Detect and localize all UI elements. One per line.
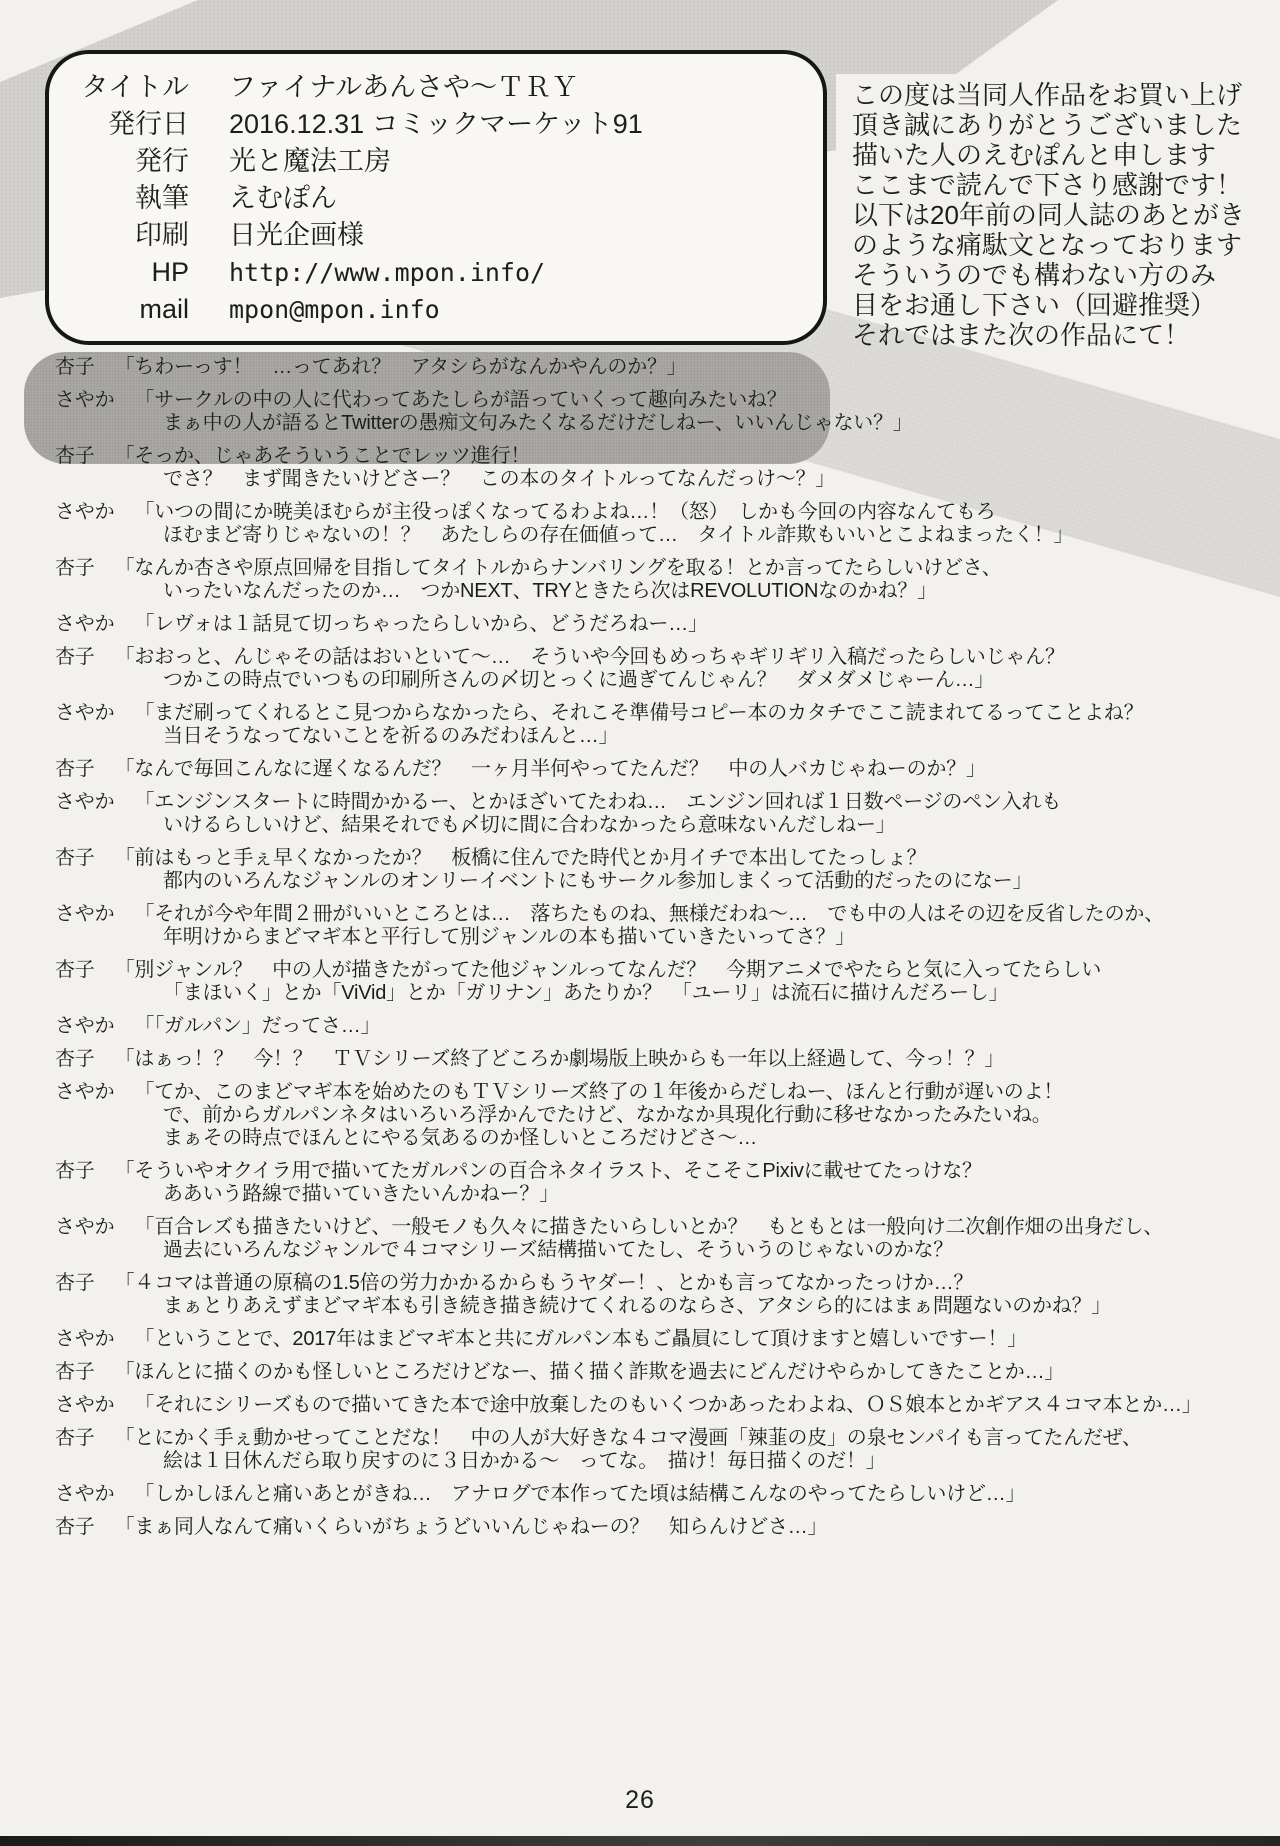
dialogue-line: 当日そうなってないことを祈るのみだわほんと…」 xyxy=(55,725,1280,748)
dialogue-line: さやか「まだ刷ってくれるとこ見つからなかったら、それこそ準備号コピー本のカタチで… xyxy=(55,702,1280,725)
dialogue-line: 杏子「別ジャンル？ 中の人が描きたがってた他ジャンルってなんだ？ 今期アニメでや… xyxy=(55,959,1280,982)
speaker-label: 杏子 xyxy=(55,1427,95,1450)
dialogue-entry: 杏子「まぁ同人なんて痛いくらいがちょうどいいんじゃねーの？ 知らんけどさ…」 xyxy=(55,1516,1280,1539)
afterword-note-line: この度は当同人作品をお買い上げ xyxy=(852,80,1272,110)
dialogue-line: さやか「それにシリーズもので描いてきた本で途中放棄したのもいくつかあったわよね、… xyxy=(55,1394,1280,1417)
colophon-label: 印刷 xyxy=(49,217,189,254)
dialogue-entry: 杏子「ほんとに描くのかも怪しいところだけどなー、描く描く詐欺を過去にどんだけやら… xyxy=(55,1361,1280,1384)
dialogue-line: 杏子「そういやオクイラ用で描いてたガルパンの百合ネタイラスト、そこそこPixiv… xyxy=(55,1160,1280,1183)
dialogue-entry: さやか「いつの間にか暁美ほむらが主役っぽくなってるわよね…！（怒） しかも今回の… xyxy=(55,501,1280,547)
colophon-label: mail xyxy=(49,291,189,328)
dialogue-entry: さやか「サークルの中の人に代わってあたしらが語っていくって趣向みたいね？まぁ中の… xyxy=(55,389,1280,435)
dialogue-line: さやか「レヴォは１話見て切っちゃったらしいから、どうだろねー…」 xyxy=(55,613,1280,636)
dialogue-line: 都内のいろんなジャンルのオンリーイベントにもサークル参加しまくって活動的だったの… xyxy=(55,870,1280,893)
colophon-label: 発行日 xyxy=(49,106,189,143)
colophon-value: ファイナルあんさや～ＴＲＹ xyxy=(229,69,578,106)
dialogue-line: で、前からガルパンネタはいろいろ浮かんでたけど、なかなか具現化行動に移せなかった… xyxy=(55,1104,1280,1127)
dialogue-text: 「そういやオクイラ用で描いてたガルパンの百合ネタイラスト、そこそこPixivに載… xyxy=(115,1160,982,1182)
speaker-label: さやか xyxy=(55,1216,114,1239)
dialogue-line: 杏子「そっか、じゃあそういうことでレッツ進行！ xyxy=(55,445,1280,468)
dialogue-line: 「まほいく」とか「ViVid」とか「ガリナン」あたりか？ 「ユーリ」は流石に描け… xyxy=(55,982,1280,1005)
speaker-label: さやか xyxy=(55,1015,114,1038)
dialogue-text: 「なんか杏さや原点回帰を目指してタイトルからナンバリングを取る！とか言ってたらし… xyxy=(115,557,1002,579)
dialogue-line: 杏子「前はもっと手ぇ早くなかったか？ 板橋に住んでた時代とか月イチで本出してたっ… xyxy=(55,847,1280,870)
afterword-note-line: 頂き誠にありがとうございました xyxy=(852,110,1272,140)
speaker-label: さやか xyxy=(55,791,114,814)
scan-bottom-edge xyxy=(0,1836,1280,1846)
dialogue-line: 絵は１日休んだら取り戻すのに３日かかる～ ってな。 描け！毎日描くのだ！」 xyxy=(55,1450,1280,1473)
dialogue-line: ああいう路線で描いていきたいんかねー？」 xyxy=(55,1183,1280,1206)
colophon-row: HPhttp://www.mpon.info/ xyxy=(49,254,823,291)
dialogue-text: 「おおっと、んじゃその話はおいといて～… そういや今回もめっちゃギリギリ入稿だっ… xyxy=(115,646,1065,668)
afterword-note-line: のような痛駄文となっております xyxy=(852,230,1272,260)
dialogue-line: 杏子「なんか杏さや原点回帰を目指してタイトルからナンバリングを取る！とか言ってた… xyxy=(55,557,1280,580)
dialogue-text: 「まぁ同人なんて痛いくらいがちょうどいいんじゃねーの？ 知らんけどさ…」 xyxy=(115,1516,828,1538)
dialogue-line: 杏子「はぁっ！？ 今！？ ＴＶシリーズ終了どころか劇場版上映からも一年以上経過し… xyxy=(55,1048,1280,1071)
dialogue-entry: 杏子「なんで毎回こんなに遅くなるんだ？ 一ヶ月半何やってたんだ？ 中の人バカじゃ… xyxy=(55,758,1280,781)
dialogue-line: まぁとりあえずまどマギ本も引き続き描き続けてくれるのならさ、アタシら的にはまぁ問… xyxy=(55,1295,1280,1318)
dialogue-text: 「そっか、じゃあそういうことでレッツ進行！ xyxy=(115,445,531,467)
colophon-label: HP xyxy=(49,254,189,291)
speaker-label: 杏子 xyxy=(55,356,95,379)
dialogue-text: 「とにかく手ぇ動かせってことだな！ 中の人が大好きな４コマ漫画「辣韮の皮」の泉セ… xyxy=(115,1427,1142,1449)
dialogue-entry: さやか「しかしほんと痛いあとがきね… アナログで本作ってた頃は結構こんなのやって… xyxy=(55,1483,1280,1506)
dialogue-text: 「ほんとに描くのかも怪しいところだけどなー、描く描く詐欺を過去にどんだけやらかし… xyxy=(115,1361,1065,1383)
dialogue-entry: さやか「「ガルパン」だってさ…」 xyxy=(55,1015,1280,1038)
afterword-note-line: そういうのでも構わない方のみ xyxy=(852,260,1272,290)
dialogue-entry: さやか「ということで、2017年はまどマギ本と共にガルパン本もご贔屓にして頂けま… xyxy=(55,1328,1280,1351)
dialogue-line: 杏子「ほんとに描くのかも怪しいところだけどなー、描く描く詐欺を過去にどんだけやら… xyxy=(55,1361,1280,1384)
dialogue-text: 「別ジャンル？ 中の人が描きたがってた他ジャンルってなんだ？ 今期アニメでやたら… xyxy=(115,959,1102,981)
colophon-row: 発行日2016.12.31 コミックマーケット91 xyxy=(49,106,823,143)
dialogue-line: 杏子「ちわーっす！ …ってあれ？ アタシらがなんかやんのか？」 xyxy=(55,356,1280,379)
speaker-label: 杏子 xyxy=(55,758,95,781)
dialogue-line: さやか「てか、このまどマギ本を始めたのもＴＶシリーズ終了の１年後からだしねー、ほ… xyxy=(55,1081,1280,1104)
colophon-label: 執筆 xyxy=(49,180,189,217)
dialogue-entry: 杏子「とにかく手ぇ動かせってことだな！ 中の人が大好きな４コマ漫画「辣韮の皮」の… xyxy=(55,1427,1280,1473)
dialogue-entry: さやか「まだ刷ってくれるとこ見つからなかったら、それこそ準備号コピー本のカタチで… xyxy=(55,702,1280,748)
dialogue-text: 「ということで、2017年はまどマギ本と共にガルパン本もご贔屓にして頂けますと嬉… xyxy=(134,1328,1027,1350)
dialogue-entry: 杏子「前はもっと手ぇ早くなかったか？ 板橋に住んでた時代とか月イチで本出してたっ… xyxy=(55,847,1280,893)
dialogue-text: 「ちわーっす！ …ってあれ？ アタシらがなんかやんのか？」 xyxy=(115,356,687,378)
speaker-label: さやか xyxy=(55,903,114,926)
colophon-box: タイトルファイナルあんさや～ＴＲＹ発行日2016.12.31 コミックマーケット… xyxy=(45,50,827,345)
colophon-rows: タイトルファイナルあんさや～ＴＲＹ発行日2016.12.31 コミックマーケット… xyxy=(49,69,823,328)
dialogue-line: さやか「しかしほんと痛いあとがきね… アナログで本作ってた頃は結構こんなのやって… xyxy=(55,1483,1280,1506)
dialogue-line: 杏子「なんで毎回こんなに遅くなるんだ？ 一ヶ月半何やってたんだ？ 中の人バカじゃ… xyxy=(55,758,1280,781)
dialogue-line: 杏子「４コマは普通の原稿の1.5倍の労力かかるからもうヤダー！、とかも言ってなか… xyxy=(55,1272,1280,1295)
dialogue-line: つかこの時点でいつもの印刷所さんの〆切とっくに過ぎてんじゃん？ ダメダメじゃーん… xyxy=(55,669,1280,692)
dialogue-text: 「いつの間にか暁美ほむらが主役っぽくなってるわよね…！（怒） しかも今回の内容な… xyxy=(134,501,995,523)
dialogue-line: ほむまど寄りじゃないの！？ あたしらの存在価値って… タイトル詐欺もいいとこよね… xyxy=(55,524,1280,547)
dialogue-text: 「しかしほんと痛いあとがきね… アナログで本作ってた頃は結構こんなのやってたらし… xyxy=(134,1483,1025,1505)
dialogue-line: さやか「エンジンスタートに時間かかるー、とかほざいてたわね… エンジン回れば１日… xyxy=(55,791,1280,814)
dialogue-entry: 杏子「４コマは普通の原稿の1.5倍の労力かかるからもうヤダー！、とかも言ってなか… xyxy=(55,1272,1280,1318)
colophon-row: タイトルファイナルあんさや～ＴＲＹ xyxy=(49,69,823,106)
dialogue-text: 「百合レズも描きたいけど、一般モノも久々に描きたいらしいとか？ もともとは一般向… xyxy=(134,1216,1163,1238)
dialogue-line: いったいなんだったのか… つかNEXT、TRYときたら次はREVOLUTIONな… xyxy=(55,580,1280,603)
dialogue-text: 「てか、このまどマギ本を始めたのもＴＶシリーズ終了の１年後からだしねー、ほんと行… xyxy=(134,1081,1063,1103)
dialogue-line: 過去にいろんなジャンルで４コマシリーズ結構描いてたし、そういうのじゃないのかな？ xyxy=(55,1239,1280,1262)
dialogue-text: 「４コマは普通の原稿の1.5倍の労力かかるからもうヤダー！、とかも言ってなかった… xyxy=(115,1272,974,1294)
dialogue-line: さやか「ということで、2017年はまどマギ本と共にガルパン本もご贔屓にして頂けま… xyxy=(55,1328,1280,1351)
speaker-label: 杏子 xyxy=(55,1361,95,1384)
page-number: 26 xyxy=(0,1786,1280,1815)
dialogue-text: 「それが今や年間２冊がいいところとは… 落ちたものね、無様だわね～… でも中の人… xyxy=(134,903,1164,925)
dialogue-text: 「サークルの中の人に代わってあたしらが語っていくって趣向みたいね？ xyxy=(134,389,786,411)
colophon-row: 発行光と魔法工房 xyxy=(49,143,823,180)
colophon-row: mailmpon@mpon.info xyxy=(49,291,823,328)
dialogue-entry: 杏子「ちわーっす！ …ってあれ？ アタシらがなんかやんのか？」 xyxy=(55,356,1280,379)
colophon-row: 執筆えむぽん xyxy=(49,180,823,217)
dialogue-line: いけるらしいけど、結果それでも〆切に間に合わなかったら意味ないんだしねー」 xyxy=(55,814,1280,837)
dialogue-entry: 杏子「そういやオクイラ用で描いてたガルパンの百合ネタイラスト、そこそこPixiv… xyxy=(55,1160,1280,1206)
speaker-label: 杏子 xyxy=(55,1272,95,1295)
dialogue-text: 「なんで毎回こんなに遅くなるんだ？ 一ヶ月半何やってたんだ？ 中の人バカじゃねー… xyxy=(115,758,986,780)
speaker-label: さやか xyxy=(55,501,114,524)
speaker-label: さやか xyxy=(55,389,114,412)
dialogue-text: 「はぁっ！？ 今！？ ＴＶシリーズ終了どころか劇場版上映からも一年以上経過して、… xyxy=(115,1048,1005,1070)
scanned-afterword-page: タイトルファイナルあんさや～ＴＲＹ発行日2016.12.31 コミックマーケット… xyxy=(0,0,1280,1846)
speaker-label: 杏子 xyxy=(55,847,95,870)
afterword-note-line: ここまで読んで下さり感謝です！ xyxy=(852,170,1272,200)
speaker-label: 杏子 xyxy=(55,557,95,580)
dialogue-line: 杏子「とにかく手ぇ動かせってことだな！ 中の人が大好きな４コマ漫画「辣韮の皮」の… xyxy=(55,1427,1280,1450)
afterword-note-line: それではまた次の作品にて！ xyxy=(852,320,1272,350)
dialogue-entry: 杏子「別ジャンル？ 中の人が描きたがってた他ジャンルってなんだ？ 今期アニメでや… xyxy=(55,959,1280,1005)
colophon-value: 日光企画様 xyxy=(229,217,364,254)
dialogue-entry: さやか「レヴォは１話見て切っちゃったらしいから、どうだろねー…」 xyxy=(55,613,1280,636)
speaker-label: さやか xyxy=(55,1394,114,1417)
speaker-label: さやか xyxy=(55,1483,114,1506)
dialogue-entry: 杏子「はぁっ！？ 今！？ ＴＶシリーズ終了どころか劇場版上映からも一年以上経過し… xyxy=(55,1048,1280,1071)
speaker-label: さやか xyxy=(55,1081,114,1104)
dialogue-list: 杏子「ちわーっす！ …ってあれ？ アタシらがなんかやんのか？」さやか「サークルの… xyxy=(55,356,1280,1549)
dialogue-line: さやか「百合レズも描きたいけど、一般モノも久々に描きたいらしいとか？ もともとは… xyxy=(55,1216,1280,1239)
speaker-label: さやか xyxy=(55,613,114,636)
speaker-label: さやか xyxy=(55,702,114,725)
afterword-note-line: 描いた人のえむぽんと申します xyxy=(852,140,1272,170)
dialogue-entry: 杏子「なんか杏さや原点回帰を目指してタイトルからナンバリングを取る！とか言ってた… xyxy=(55,557,1280,603)
dialogue-text: 「それにシリーズもので描いてきた本で途中放棄したのもいくつかあったわよね、ＯＳ娘… xyxy=(134,1394,1201,1416)
dialogue-text: 「前はもっと手ぇ早くなかったか？ 板橋に住んでた時代とか月イチで本出してたっしょ… xyxy=(115,847,927,869)
speaker-label: 杏子 xyxy=(55,959,95,982)
dialogue-entry: さやか「それが今や年間２冊がいいところとは… 落ちたものね、無様だわね～… でも… xyxy=(55,903,1280,949)
dialogue-text: 「レヴォは１話見て切っちゃったらしいから、どうだろねー…」 xyxy=(134,613,707,635)
afterword-note: この度は当同人作品をお買い上げ頂き誠にありがとうございました描いた人のえむぽんと… xyxy=(852,80,1272,350)
speaker-label: 杏子 xyxy=(55,445,95,468)
colophon-label: 発行 xyxy=(49,143,189,180)
speaker-label: 杏子 xyxy=(55,1160,95,1183)
colophon-value: 光と魔法工房 xyxy=(229,143,391,180)
dialogue-entry: さやか「百合レズも描きたいけど、一般モノも久々に描きたいらしいとか？ もともとは… xyxy=(55,1216,1280,1262)
dialogue-line: さやか「サークルの中の人に代わってあたしらが語っていくって趣向みたいね？ xyxy=(55,389,1280,412)
dialogue-line: まぁ中の人が語るとTwitterの愚痴文句みたくなるだけだしねー、いいんじゃない… xyxy=(55,412,1280,435)
dialogue-entry: 杏子「おおっと、んじゃその話はおいといて～… そういや今回もめっちゃギリギリ入稿… xyxy=(55,646,1280,692)
dialogue-line: さやか「「ガルパン」だってさ…」 xyxy=(55,1015,1280,1038)
dialogue-line: さやか「それが今や年間２冊がいいところとは… 落ちたものね、無様だわね～… でも… xyxy=(55,903,1280,926)
dialogue-entry: さやか「エンジンスタートに時間かかるー、とかほざいてたわね… エンジン回れば１日… xyxy=(55,791,1280,837)
afterword-note-line: 目をお通し下さい（回避推奨） xyxy=(852,290,1272,320)
dialogue-line: 年明けからまどマギ本と平行して別ジャンルの本も描いていきたいってさ？」 xyxy=(55,926,1280,949)
speaker-label: 杏子 xyxy=(55,1516,95,1539)
dialogue-text: 「「ガルパン」だってさ…」 xyxy=(134,1015,380,1037)
dialogue-entry: 杏子「そっか、じゃあそういうことでレッツ進行！でさ？ まず聞きたいけどさー？ こ… xyxy=(55,445,1280,491)
colophon-value: 2016.12.31 コミックマーケット91 xyxy=(229,106,643,143)
colophon-label: タイトル xyxy=(49,69,189,106)
dialogue-line: まぁその時点でほんとにやる気あるのか怪しいところだけどさ～… xyxy=(55,1127,1280,1150)
afterword-note-line: 以下は20年前の同人誌のあとがき xyxy=(852,200,1272,230)
dialogue-text: 「エンジンスタートに時間かかるー、とかほざいてたわね… エンジン回れば１日数ペー… xyxy=(134,791,1061,813)
dialogue-entry: さやか「それにシリーズもので描いてきた本で途中放棄したのもいくつかあったわよね、… xyxy=(55,1394,1280,1417)
colophon-row: 印刷日光企画様 xyxy=(49,217,823,254)
dialogue-line: 杏子「まぁ同人なんて痛いくらいがちょうどいいんじゃねーの？ 知らんけどさ…」 xyxy=(55,1516,1280,1539)
speaker-label: 杏子 xyxy=(55,646,95,669)
dialogue-line: 杏子「おおっと、んじゃその話はおいといて～… そういや今回もめっちゃギリギリ入稿… xyxy=(55,646,1280,669)
colophon-value: mpon@mpon.info xyxy=(229,291,440,328)
colophon-value: えむぽん xyxy=(229,180,337,217)
speaker-label: 杏子 xyxy=(55,1048,95,1071)
colophon-value: http://www.mpon.info/ xyxy=(229,254,545,291)
dialogue-line: さやか「いつの間にか暁美ほむらが主役っぽくなってるわよね…！（怒） しかも今回の… xyxy=(55,501,1280,524)
dialogue-line: でさ？ まず聞きたいけどさー？ この本のタイトルってなんだっけ～？」 xyxy=(55,468,1280,491)
dialogue-entry: さやか「てか、このまどマギ本を始めたのもＴＶシリーズ終了の１年後からだしねー、ほ… xyxy=(55,1081,1280,1150)
speaker-label: さやか xyxy=(55,1328,114,1351)
dialogue-text: 「まだ刷ってくれるとこ見つからなかったら、それこそ準備号コピー本のカタチでここ読… xyxy=(134,702,1143,724)
